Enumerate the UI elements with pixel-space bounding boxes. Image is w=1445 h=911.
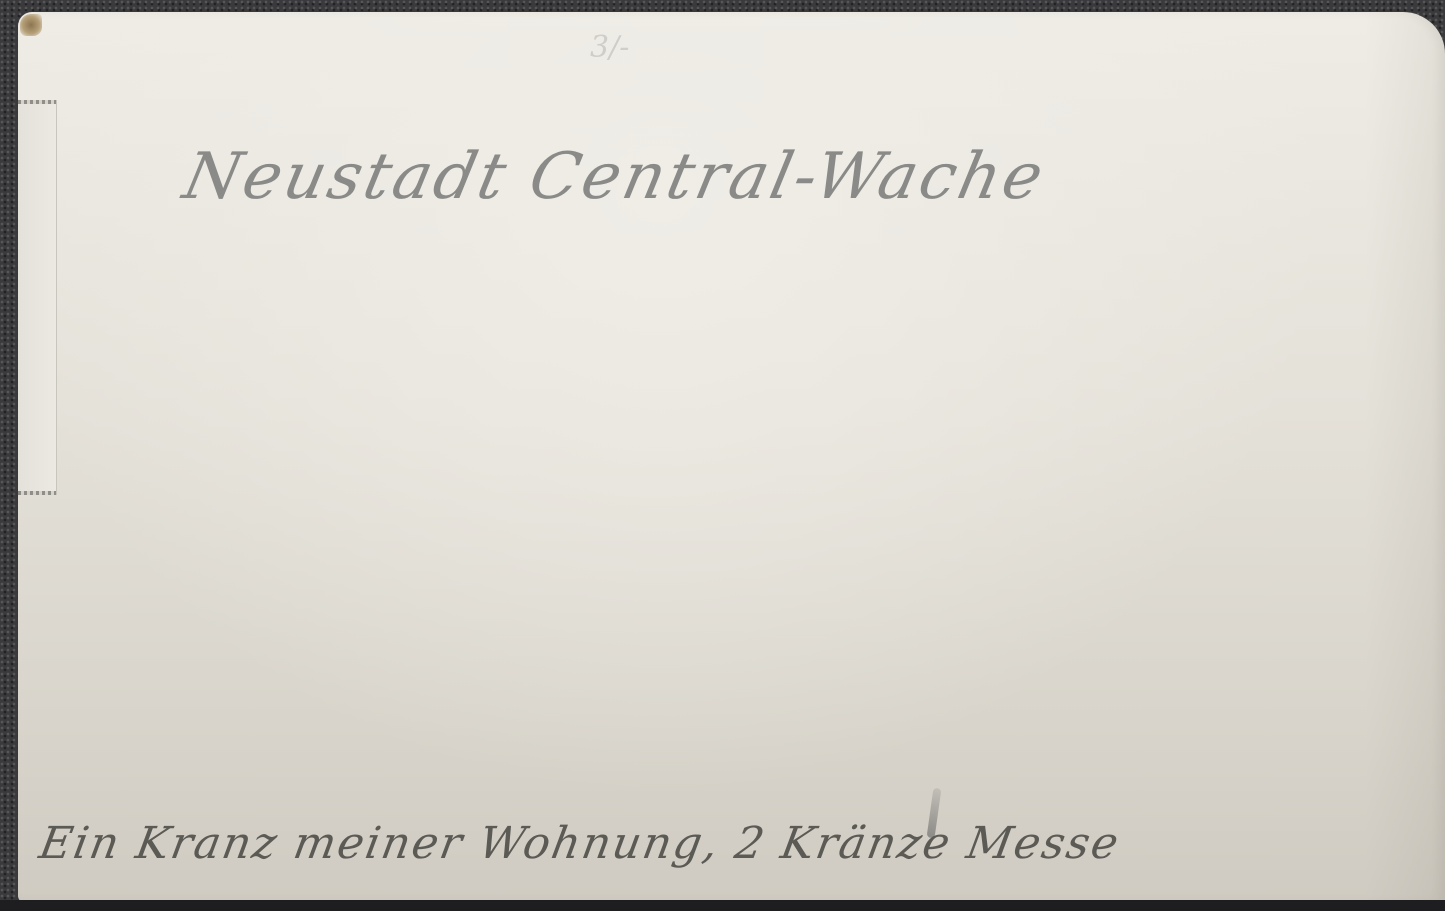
- pencil-price-mark: 3/-: [590, 30, 629, 65]
- paper-tab-strip: [18, 100, 57, 495]
- background-bottom-edge: [0, 900, 1445, 911]
- corner-stain: [20, 14, 42, 36]
- handwritten-footer-note: Ein Kranz meiner Wohnung, 2 Kränze Messe: [36, 818, 1125, 869]
- handwritten-heading: Neustadt Central-Wache: [177, 140, 1052, 214]
